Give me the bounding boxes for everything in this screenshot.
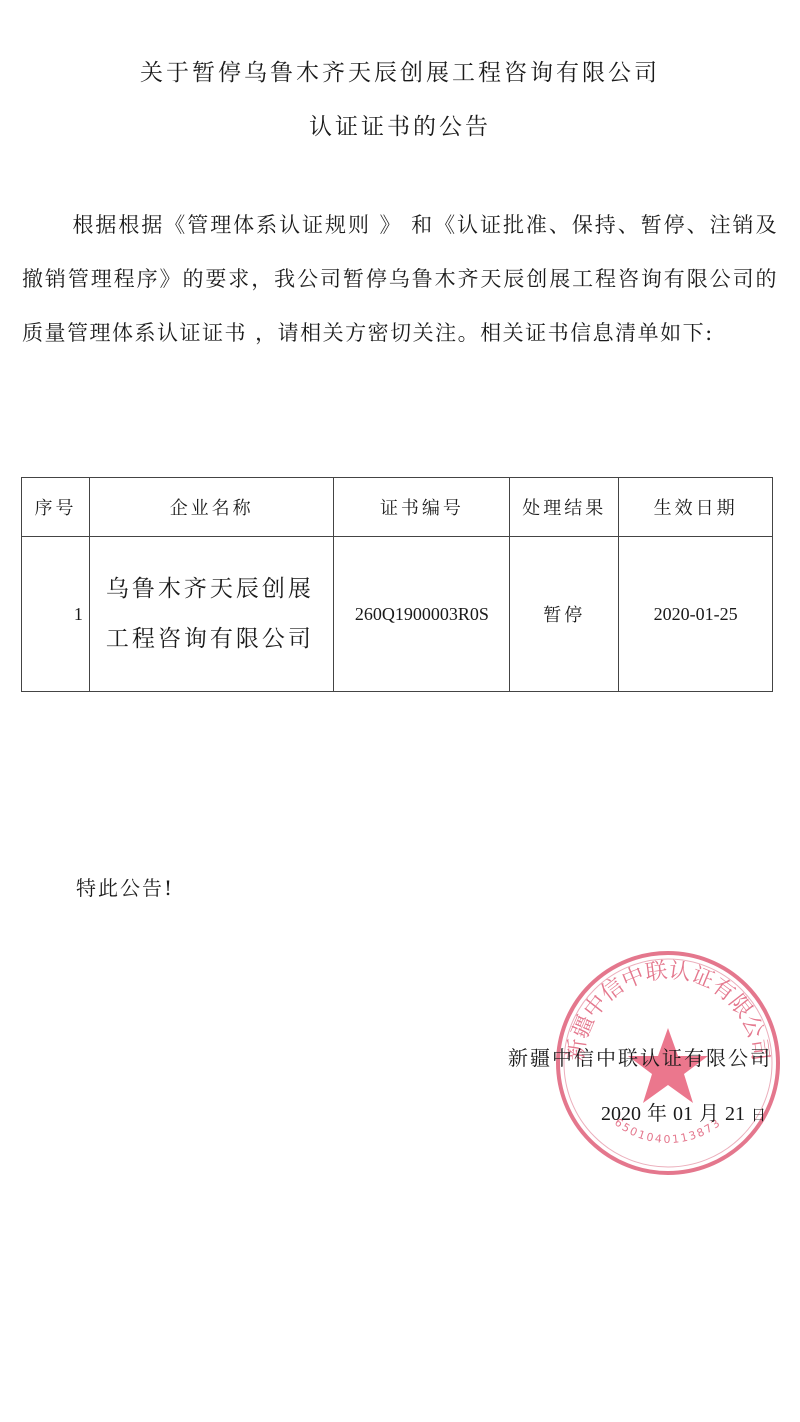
cell-effective-date: 2020-01-25 — [619, 537, 773, 692]
header-effective-date: 生效日期 — [619, 478, 773, 537]
cell-company: 乌鲁木齐天辰创展 工程咨询有限公司 — [89, 537, 334, 692]
header-index: 序号 — [22, 478, 90, 537]
closing-remark: 特此公告! — [76, 872, 174, 901]
date-day-label: 日 — [751, 1106, 766, 1124]
date-year-label: 年 — [647, 1101, 667, 1125]
header-result: 处理结果 — [510, 478, 619, 537]
signer-organization: 新疆中信中联认证有限公司 — [508, 1042, 772, 1071]
table-row: 1 乌鲁木齐天辰创展 工程咨询有限公司 260Q1900003R0S 暂停 20… — [22, 537, 773, 692]
table-header-row: 序号 企业名称 证书编号 处理结果 生效日期 — [22, 478, 773, 537]
cell-certificate-no: 260Q1900003R0S — [334, 537, 510, 692]
announcement-body: 根据根据《管理体系认证规则 》 和《认证批准、保持、暂停、注销及撤销管理程序》的… — [22, 198, 778, 360]
company-line-1: 乌鲁木齐天辰创展 — [106, 564, 333, 614]
cell-result: 暂停 — [510, 537, 619, 692]
cell-index: 1 — [22, 537, 90, 692]
header-company: 企业名称 — [89, 478, 334, 537]
document-title-line-1: 关于暂停乌鲁木齐天辰创展工程咨询有限公司 — [0, 54, 800, 87]
document-title-line-2: 认证证书的公告 — [0, 108, 800, 141]
announcement-body-text: 根据根据《管理体系认证规则 》 和《认证批准、保持、暂停、注销及撤销管理程序》的… — [22, 213, 778, 345]
company-line-2: 工程咨询有限公司 — [106, 614, 333, 664]
date-day: 21 — [725, 1103, 745, 1125]
issue-date: 2020年01月21日 — [601, 1097, 772, 1126]
certificate-table: 序号 企业名称 证书编号 处理结果 生效日期 1 乌鲁木齐天辰创展 工程咨询有限… — [21, 477, 773, 692]
date-month: 01 — [673, 1103, 693, 1125]
date-year: 2020 — [601, 1103, 641, 1125]
date-month-label: 月 — [699, 1101, 719, 1125]
header-certificate-no: 证书编号 — [334, 478, 510, 537]
